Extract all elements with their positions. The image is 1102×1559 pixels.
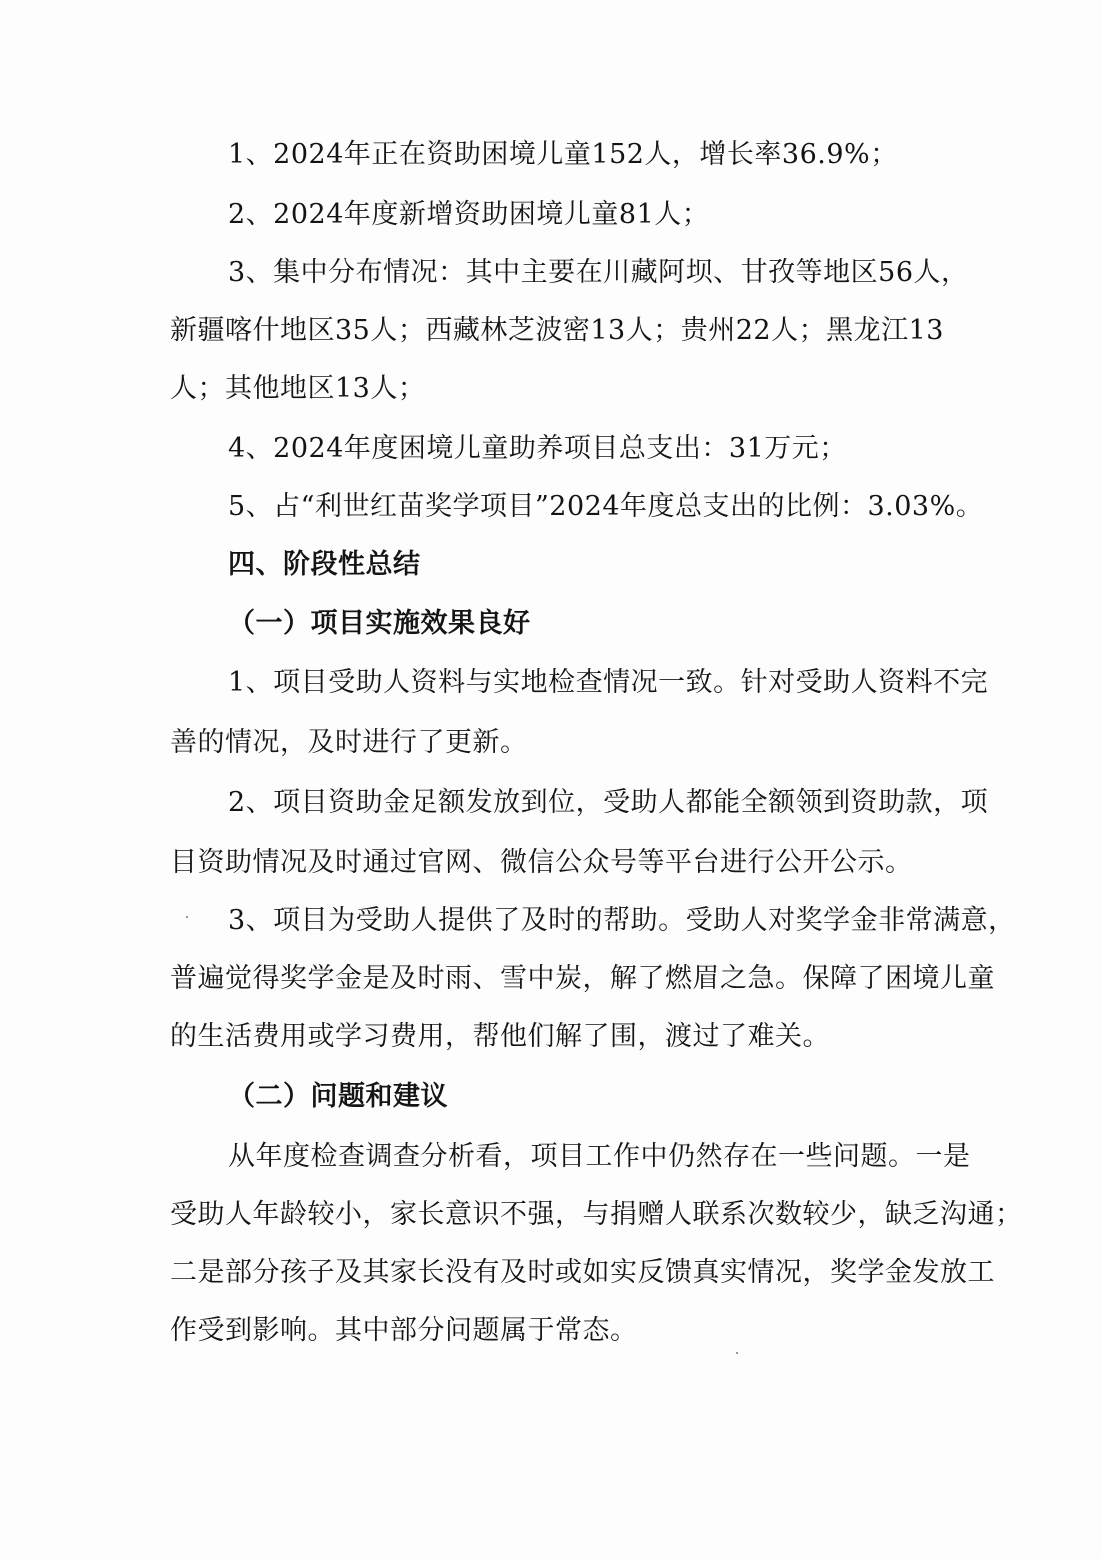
stat-item-5: 5、占“利世红苗奖学项目”2024年度总支出的比例：3.03%。 bbox=[228, 490, 983, 524]
stat-item-1: 1、2024年正在资助困境儿童152人，增长率36.9%； bbox=[228, 138, 898, 172]
effect-item-3-line-3: 的生活费用或学习费用，帮他们解了围，渡过了难关。 bbox=[170, 1020, 830, 1054]
stat-item-3-line-3: 人；其他地区13人； bbox=[170, 372, 425, 406]
effect-item-1-line-2: 善的情况，及时进行了更新。 bbox=[170, 726, 528, 760]
effect-item-2-line-1: 2、项目资助金足额发放到位，受助人都能全额领到资助款，项 bbox=[228, 786, 988, 820]
issues-paragraph-line-3: 二是部分孩子及其家长没有及时或如实反馈真实情况，奖学金发放工 bbox=[170, 1256, 995, 1290]
effect-item-1-line-1: 1、项目受助人资料与实地检查情况一致。针对受助人资料不完 bbox=[228, 666, 988, 700]
stat-item-3-line-2: 新疆喀什地区35人；西藏林芝波密13人；贵州22人；黑龙江13 bbox=[170, 314, 944, 348]
document-page: 1、2024年正在资助困境儿童152人，增长率36.9%； 2、2024年度新增… bbox=[0, 0, 1102, 1559]
section-heading-summary: 四、阶段性总结 bbox=[228, 548, 421, 582]
issues-paragraph-line-1: 从年度检查调查分析看，项目工作中仍然存在一些问题。一是 bbox=[228, 1140, 971, 1174]
issues-paragraph-line-2: 受助人年龄较小，家长意识不强，与捐赠人联系次数较少，缺乏沟通； bbox=[170, 1198, 1023, 1232]
scan-speck bbox=[186, 916, 188, 918]
effect-item-2-line-2: 目资助情况及时通过官网、微信公众号等平台进行公开公示。 bbox=[170, 846, 913, 880]
stat-item-3-line-1: 3、集中分布情况：其中主要在川藏阿坝、甘孜等地区56人， bbox=[228, 256, 969, 290]
issues-paragraph-line-4: 作受到影响。其中部分问题属于常态。 bbox=[170, 1314, 638, 1348]
stat-item-2: 2、2024年度新增资助困境儿童81人； bbox=[228, 198, 709, 232]
subheading-issues: （二）问题和建议 bbox=[228, 1080, 448, 1114]
scan-speck bbox=[736, 1352, 738, 1354]
stat-item-4: 4、2024年度困境儿童助养项目总支出：31万元； bbox=[228, 432, 847, 466]
effect-item-3-line-1: 3、项目为受助人提供了及时的帮助。受助人对奖学金非常满意， bbox=[228, 904, 1016, 938]
subheading-effects: （一）项目实施效果良好 bbox=[228, 607, 531, 641]
effect-item-3-line-2: 普遍觉得奖学金是及时雨、雪中炭，解了燃眉之急。保障了困境儿童 bbox=[170, 962, 995, 996]
